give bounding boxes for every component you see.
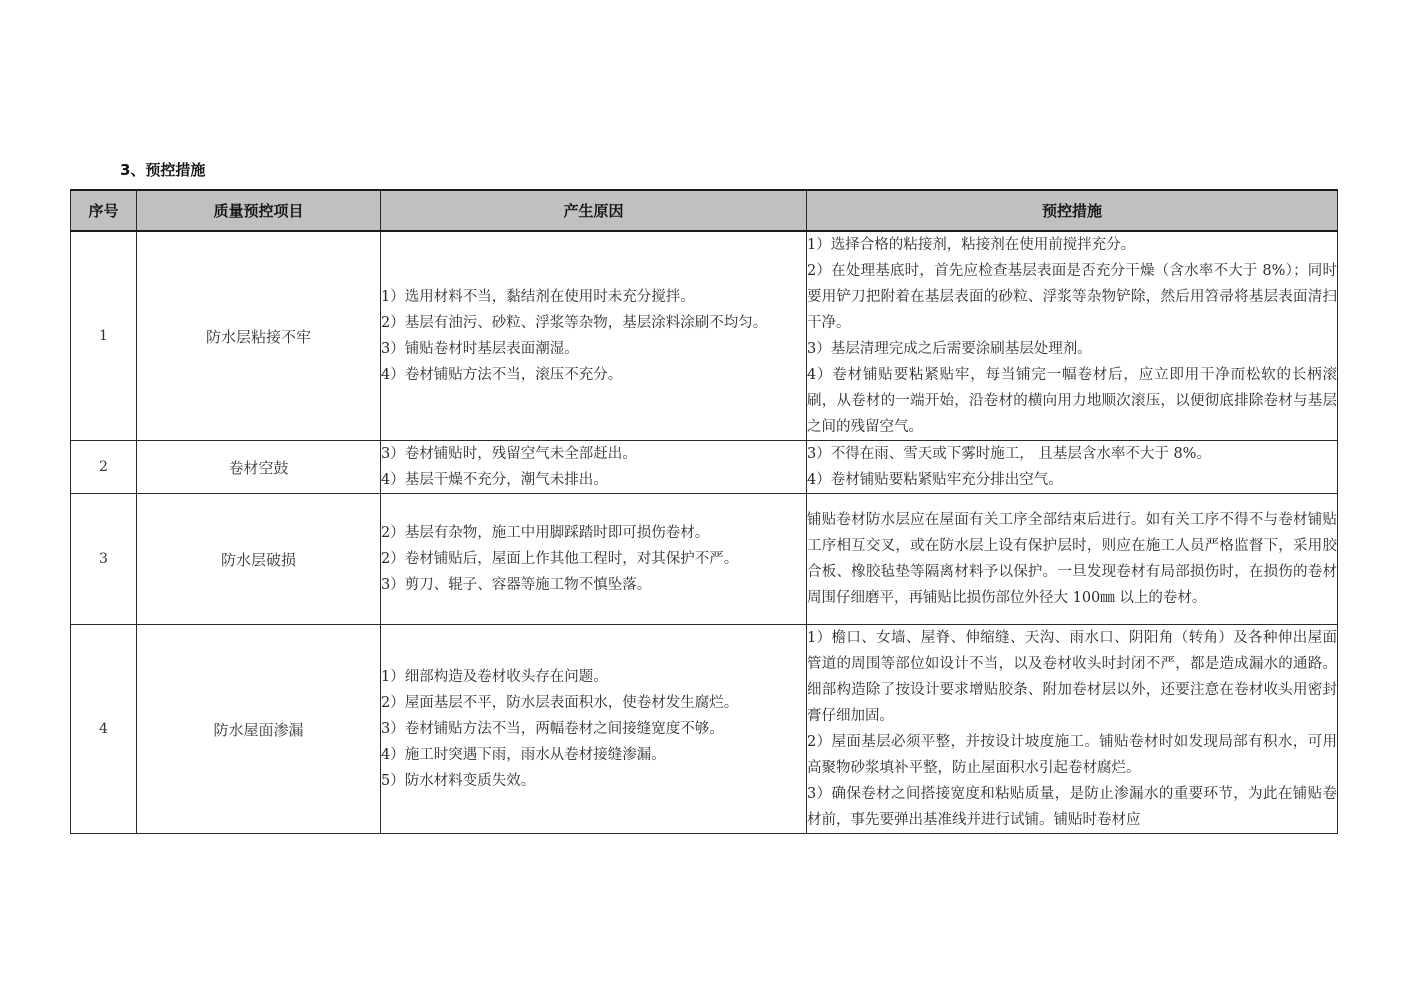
cause-cell: 1）选用材料不当，黏结剂在使用时未充分搅拌。 2）基层有油污、砂粒、浮浆等杂物，… [381, 231, 807, 441]
control-item: 防水屋面渗漏 [137, 625, 381, 834]
quality-control-table: 序号 质量预控项目 产生原因 预控措施 1 防水层粘接不牢 1）选用材料不当，黏… [70, 189, 1338, 834]
header-no: 序号 [71, 190, 137, 231]
control-item: 防水层破损 [137, 494, 381, 625]
cause-line: 4）基层干燥不充分，潮气未排出。 [381, 467, 806, 493]
measure-line: 3）不得在雨、雪天或下雾时施工， 且基层含水率不大于 8%。 [807, 441, 1337, 467]
cause-cell: 1）细部构造及卷材收头存在问题。 2）屋面基层不平，防水层表面积水，使卷材发生腐… [381, 625, 807, 834]
table-row: 1 防水层粘接不牢 1）选用材料不当，黏结剂在使用时未充分搅拌。 2）基层有油污… [71, 231, 1338, 441]
measure-cell: 1）檐口、女墙、屋脊、伸缩缝、天沟、雨水口、阴阳角（转角）及各种伸出屋面管道的周… [807, 625, 1338, 834]
cause-line: 2）屋面基层不平，防水层表面积水，使卷材发生腐烂。 [381, 690, 806, 716]
row-number: 4 [71, 625, 137, 834]
measure-cell: 铺贴卷材防水层应在屋面有关工序全部结束后进行。如有关工序不得不与卷材铺贴工序相互… [807, 494, 1338, 625]
measure-cell: 1）选择合格的粘接剂，粘接剂在使用前搅拌充分。 2）在处理基底时，首先应检查基层… [807, 231, 1338, 441]
measure-line: 4）卷材铺贴要粘紧贴牢，每当铺完一幅卷材后，应立即用干净而松软的长柄滚刷，从卷材… [807, 362, 1337, 440]
cause-line: 4）卷材铺贴方法不当，滚压不充分。 [381, 362, 806, 388]
cause-line: 1）细部构造及卷材收头存在问题。 [381, 664, 806, 690]
measure-line: 2）屋面基层必须平整，并按设计坡度施工。铺贴卷材时如发现局部有积水，可用高聚物砂… [807, 729, 1337, 781]
row-number: 3 [71, 494, 137, 625]
control-item: 防水层粘接不牢 [137, 231, 381, 441]
section-title: 3、预控措施 [120, 160, 205, 180]
row-number: 1 [71, 231, 137, 441]
table-row: 3 防水层破损 2）基层有杂物，施工中用脚踩踏时即可损伤卷材。 2）卷材铺贴后，… [71, 494, 1338, 625]
cause-line: 3）卷材铺贴时，残留空气未全部赶出。 [381, 441, 806, 467]
cause-cell: 2）基层有杂物，施工中用脚踩踏时即可损伤卷材。 2）卷材铺贴后，屋面上作其他工程… [381, 494, 807, 625]
cause-line: 4）施工时突遇下雨，雨水从卷材接缝渗漏。 [381, 742, 806, 768]
measure-cell: 3）不得在雨、雪天或下雾时施工， 且基层含水率不大于 8%。 4）卷材铺贴要粘紧… [807, 441, 1338, 494]
header-measure: 预控措施 [807, 190, 1338, 231]
measure-line: 1）檐口、女墙、屋脊、伸缩缝、天沟、雨水口、阴阳角（转角）及各种伸出屋面管道的周… [807, 625, 1337, 729]
measure-line: 4）卷材铺贴要粘紧贴牢充分排出空气。 [807, 467, 1337, 493]
table-row: 4 防水屋面渗漏 1）细部构造及卷材收头存在问题。 2）屋面基层不平，防水层表面… [71, 625, 1338, 834]
cause-line: 5）防水材料变质失效。 [381, 768, 806, 794]
measure-line: 3）基层清理完成之后需要涂刷基层处理剂。 [807, 336, 1337, 362]
measure-line: 铺贴卷材防水层应在屋面有关工序全部结束后进行。如有关工序不得不与卷材铺贴工序相互… [807, 507, 1337, 611]
cause-line: 3）剪刀、辊子、容器等施工物不慎坠落。 [381, 572, 806, 598]
control-item: 卷材空鼓 [137, 441, 381, 494]
cause-line: 2）卷材铺贴后，屋面上作其他工程时，对其保护不严。 [381, 546, 806, 572]
measure-line: 1）选择合格的粘接剂，粘接剂在使用前搅拌充分。 [807, 232, 1337, 258]
cause-line: 2）基层有杂物，施工中用脚踩踏时即可损伤卷材。 [381, 520, 806, 546]
table-header-row: 序号 质量预控项目 产生原因 预控措施 [71, 190, 1338, 231]
header-cause: 产生原因 [381, 190, 807, 231]
cause-line: 3）铺贴卷材时基层表面潮湿。 [381, 336, 806, 362]
cause-cell: 3）卷材铺贴时，残留空气未全部赶出。 4）基层干燥不充分，潮气未排出。 [381, 441, 807, 494]
measure-line: 3）确保卷材之间搭接宽度和粘贴质量，是防止渗漏水的重要环节，为此在铺贴卷材前，事… [807, 781, 1337, 833]
cause-line: 3）卷材铺贴方法不当，两幅卷材之间接缝宽度不够。 [381, 716, 806, 742]
cause-line: 2）基层有油污、砂粒、浮浆等杂物，基层涂料涂刷不均匀。 [381, 310, 806, 336]
header-item: 质量预控项目 [137, 190, 381, 231]
row-number: 2 [71, 441, 137, 494]
table-row: 2 卷材空鼓 3）卷材铺贴时，残留空气未全部赶出。 4）基层干燥不充分，潮气未排… [71, 441, 1338, 494]
cause-line: 1）选用材料不当，黏结剂在使用时未充分搅拌。 [381, 284, 806, 310]
measure-line: 2）在处理基底时，首先应检查基层表面是否充分干燥（含水率不大于 8%）；同时要用… [807, 258, 1337, 336]
